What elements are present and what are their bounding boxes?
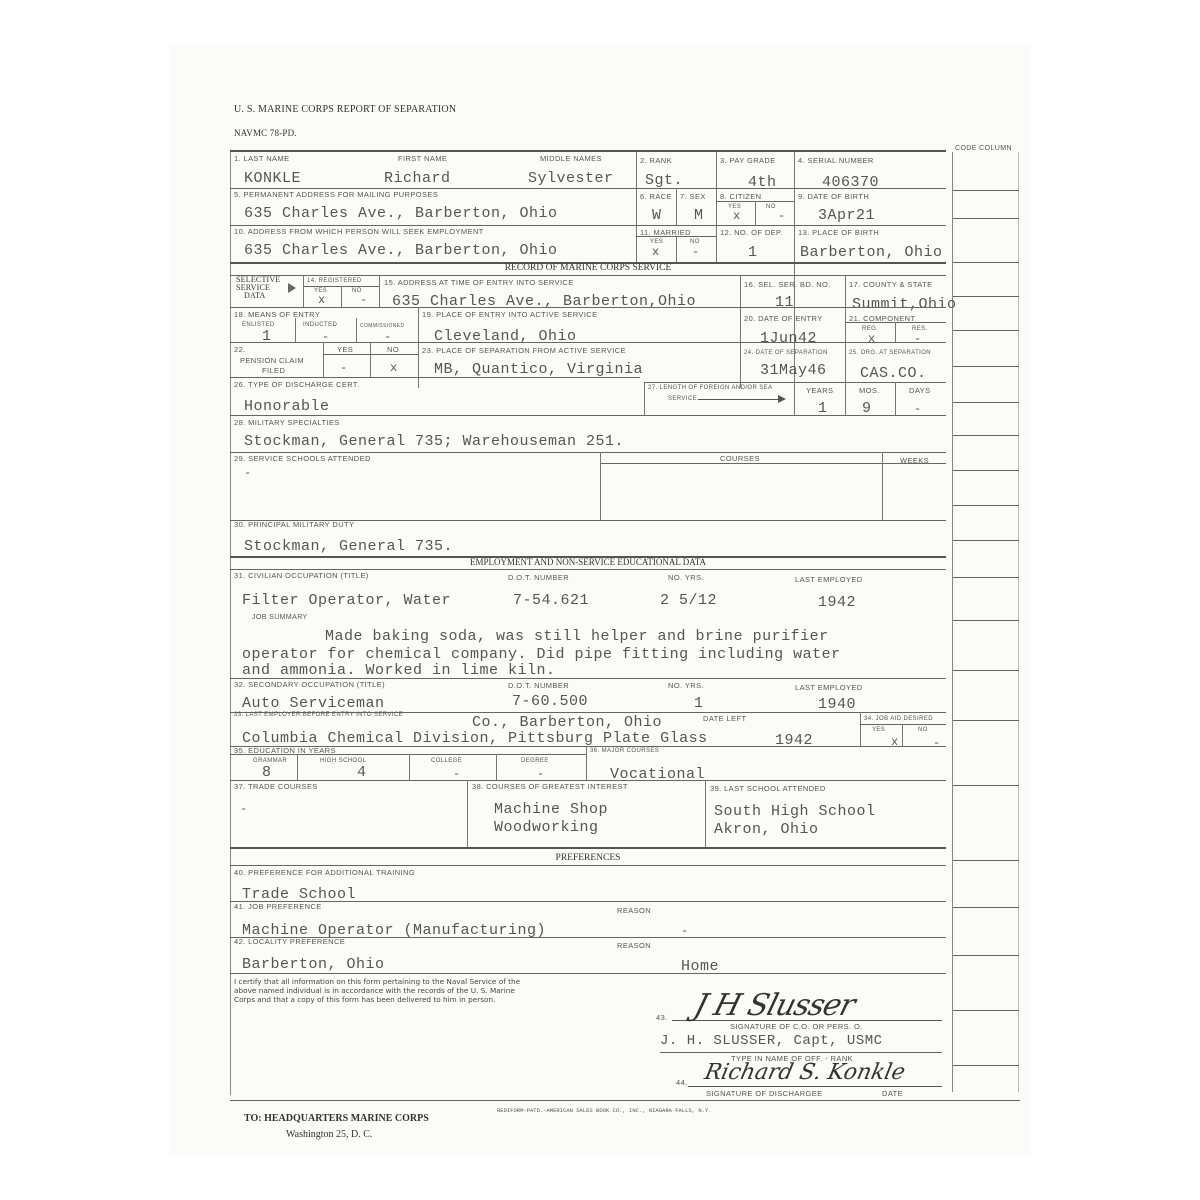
dob-value[interactable]: 3Apr21 [818,207,875,224]
first-name-value[interactable]: Richard [384,170,451,187]
interest-courses-line2[interactable]: Woodworking [494,819,599,836]
code-row-line [953,435,1019,436]
org-at-separation-value[interactable]: CAS.CO. [860,365,927,382]
row-rule [230,847,946,849]
col-divider [716,152,717,262]
col-divider [496,754,497,780]
place-of-entry-label: 19. PLACE OF ENTRY INTO ACTIVE SERVICE [422,310,598,319]
secondary-last-employed-value[interactable]: 1940 [818,696,856,713]
arrow-right-icon [288,283,296,293]
officer-typed-name[interactable]: J. H. SLUSSER, Capt, USMC [660,1033,883,1049]
col-divider [882,452,883,520]
row-rule [230,901,946,902]
code-row-line [953,505,1019,506]
col-divider [467,780,468,847]
job-aid-no-checkbox[interactable]: - [933,736,941,750]
org-at-separation-label: 25. ORG. AT SEPARATION [849,350,931,356]
col-divider [341,286,342,307]
row-rule [644,382,946,383]
col-divider [295,318,296,342]
col-divider [705,780,706,847]
row-rule [230,746,946,747]
code-row-line [953,955,1019,956]
trade-courses-label: 37. TRADE COURSES [234,782,318,791]
citizen-no-checkbox[interactable]: - [778,209,786,223]
col-divider [644,382,645,415]
col-divider [845,382,846,415]
signature-line [660,1052,942,1053]
degree-label: DEGREE [521,758,549,764]
serial-number-label: 4. SERIAL NUMBER [798,156,874,165]
schools-value[interactable]: - [244,466,252,480]
form-left-border [230,150,231,1095]
code-column-right [1018,152,1019,1092]
days-value[interactable]: - [914,402,922,416]
inducted-label: INDUCTED [303,322,337,328]
dependents-value[interactable]: 1 [748,244,758,261]
code-row-line [953,262,1019,263]
days-label: DAYS [909,386,930,395]
code-row-line [953,402,1019,403]
code-row-line [953,785,1019,786]
grammar-value[interactable]: 8 [262,764,272,781]
pension-yes-checkbox[interactable]: - [340,361,348,375]
pension-label-line1: PENSION CLAIM [240,356,304,365]
code-row-line [953,720,1019,721]
date-of-separation-value[interactable]: 31May46 [760,362,827,379]
row-rule [230,188,946,189]
secondary-occ-label: 32. SECONDARY OCCUPATION (TITLE) [234,680,385,689]
code-row-line [953,907,1019,908]
discharge-cert-label: 26. TYPE OF DISCHARGE CERT. [234,380,360,389]
registered-yes-checkbox[interactable]: x [318,293,326,307]
row-rule [230,415,946,416]
code-row-line [953,670,1019,671]
training-label: 40. PREFERENCE FOR ADDITIONAL TRAINING [234,868,415,877]
printer-imprint: REDIFORM-PATD.-AMERICAN SALES BOOK CO., … [497,1107,712,1114]
code-row-line [953,620,1019,621]
code-row-line [953,860,1019,861]
job-summary-line1[interactable]: Made baking soda, was still helper and b… [325,628,829,645]
col-divider [902,724,903,746]
pension-no-label: NO [387,345,399,354]
pension-number-label: 22. [234,345,246,354]
citizen-yes-checkbox[interactable]: x [733,209,741,223]
dob-label: 9. DATE OF BIRTH [798,192,869,201]
secondary-last-employed-label: LAST EMPLOYED [795,683,863,692]
place-of-separation-value[interactable]: MB, Quantico, Virginia [434,361,643,378]
form-top-rule [230,150,946,152]
col-divider [297,754,298,780]
last-employer-line2[interactable]: Columbia Chemical Division, Pittsburg Pl… [242,730,708,747]
race-label: 6. RACE [640,192,672,201]
footer-to-line1: TO: HEADQUARTERS MARINE CORPS [244,1113,429,1124]
code-row-line [953,470,1019,471]
civilian-occ-value[interactable]: Filter Operator, Water [242,592,451,609]
county-state-label: 17. COUNTY & STATE [849,280,932,289]
birthplace-value[interactable]: Barberton, Ohio [800,244,943,261]
job-reason-value[interactable]: - [681,924,689,938]
registered-no-checkbox[interactable]: - [360,293,368,307]
col-divider [895,382,896,415]
major-courses-label: 36. MAJOR COURSES [590,748,659,754]
job-aid-no-label: NO [918,727,928,733]
code-row-line [953,1010,1019,1011]
row-rule [230,569,946,570]
secondary-occ-value[interactable]: Auto Serviceman [242,695,385,712]
form-number: NAVMC 78-PD. [234,128,297,138]
months-label: MOS. [859,386,880,395]
permanent-address-value[interactable]: 635 Charles Ave., Barberton, Ohio [244,205,558,222]
officer-signature-number: 43. [656,1013,668,1022]
citizen-no-label: NO [766,204,776,210]
sel-ser-bd-label: 16. SEL. SER. BD. NO. [744,280,831,289]
col-divider [323,342,324,377]
schools-label: 29. SERVICE SCHOOLS ATTENDED [234,454,371,463]
pension-yes-label: YES [337,345,353,354]
locality-value[interactable]: Barberton, Ohio [242,956,385,973]
code-row-line [953,577,1019,578]
employment-address-label: 10. ADDRESS FROM WHICH PERSON WILL SEEK … [234,227,484,236]
col-divider [370,342,371,377]
secondary-dot-value[interactable]: 7-60.500 [512,693,588,710]
race-value[interactable]: W [652,207,662,224]
col-divider [356,318,357,342]
date-of-separation-label: 24. DATE OF SEPARATION [744,350,828,356]
interest-courses-line1[interactable]: Machine Shop [494,801,608,818]
col-divider [794,382,795,415]
job-reason-label: REASON [617,906,651,915]
job-pref-label: 41. JOB PREFERENCE [234,902,322,911]
code-column-label: CODE COLUMN [955,145,1012,152]
form-bottom-rule [230,1100,1020,1101]
pension-label-line2: FILED [262,366,285,375]
last-name-label: 1. LAST NAME [234,154,290,163]
component-res-checkbox[interactable]: - [914,332,922,346]
rank-label: 2. RANK [640,156,672,165]
col-divider [676,188,677,226]
col-divider [845,275,846,388]
specialties-label: 28. MILITARY SPECIALTIES [234,418,340,427]
row-rule [230,780,946,781]
code-row-line [953,1065,1019,1066]
locality-reason-label: REASON [617,941,651,950]
commissioned-label: COMMISSIONED [360,323,405,329]
first-name-label: FIRST NAME [398,154,447,163]
code-row-line [953,330,1019,331]
code-row-line [953,366,1019,367]
locality-label: 42. LOCALITY PREFERENCE [234,937,345,946]
years-label: YEARS [806,386,833,395]
discharge-cert-value[interactable]: Honorable [244,398,330,415]
secondary-yrs-value[interactable]: 1 [694,695,704,712]
col-divider [676,236,677,262]
cell-rule [860,724,946,725]
yrs-label: NO. YRS. [668,573,704,582]
row-rule [230,865,946,866]
arrow-line [698,399,780,400]
high-school-value[interactable]: 4 [357,764,367,781]
courses-label: COURSES [720,454,760,463]
col-divider [418,307,419,388]
row-rule [230,307,946,308]
secondary-dot-label: D.O.T. NUMBER [508,681,569,690]
component-reg-checkbox[interactable]: x [868,332,876,346]
married-yes-checkbox[interactable]: x [652,245,660,259]
date-label: DATE [882,1089,903,1098]
dot-label: D.O.T. NUMBER [508,573,569,582]
middle-names-label: MIDDLE NAMES [540,154,602,163]
last-school-line2[interactable]: Akron, Ohio [714,821,819,838]
civilian-occ-label: 31. CIVILIAN OCCUPATION (TITLE) [234,571,369,580]
code-row-line [953,296,1019,297]
means-of-entry-label: 18. MEANS OF ENTRY [234,310,320,319]
discharge-signature-label: SIGNATURE OF DISCHARGEE [706,1089,823,1098]
birthplace-label: 13. PLACE OF BIRTH [798,228,879,237]
last-employer-line1[interactable]: Co., Barberton, Ohio [472,714,662,731]
foreign-service-label: 27. LENGTH OF FOREIGN AND/OR SEA [648,385,773,391]
yrs-value[interactable]: 2 5/12 [660,592,717,609]
job-summary-label: JOB SUMMARY [252,614,308,621]
code-row-line [953,540,1019,541]
last-school-line1[interactable]: South High School [714,803,876,820]
col-divider [636,152,637,262]
job-summary-line3[interactable]: and ammonia. Worked in lime kiln. [242,662,556,679]
cell-rule [600,463,946,464]
citizen-label: 8. CITIZEN [720,192,762,201]
col-divider [895,322,896,342]
sex-value[interactable]: M [694,207,704,224]
row-rule [230,377,640,378]
row-rule [230,973,946,974]
officer-signature[interactable]: J H Slusser [690,988,858,1023]
discharge-signature-number: 44. [676,1078,688,1087]
selective-service-label: SELECTIVE SERVICE DATA [236,276,280,300]
col-divider [860,712,861,746]
col-divider [755,201,756,225]
principal-duty-label: 30. PRINCIPAL MILITARY DUTY [234,520,354,529]
code-row-line [953,218,1019,219]
married-no-checkbox[interactable]: - [692,245,700,259]
degree-value[interactable]: - [537,767,545,781]
county-state-value[interactable]: Summit,Ohio [852,296,957,313]
section-title-preferences: PREFERENCES [230,853,946,863]
cell-rule [323,354,418,355]
place-of-separation-label: 23. PLACE OF SEPARATION FROM ACTIVE SERV… [422,346,626,355]
selective-service-line3: DATA [236,292,280,300]
signature-line [688,1086,942,1087]
code-column-border [952,152,953,1092]
officer-signature-label: SIGNATURE OF C.O. OR PERS. O. [730,1022,863,1031]
permanent-address-label: 5. PERMANENT ADDRESS FOR MAILING PURPOSE… [234,190,438,199]
date-left-label: DATE LEFT [703,714,746,723]
college-value[interactable]: - [453,767,461,781]
row-rule [230,452,946,453]
pension-no-checkbox[interactable]: x [390,361,398,375]
sex-label: 7. SEX [680,192,706,201]
dependents-label: 12. NO. OF DEP. [720,228,783,237]
row-rule [230,678,946,679]
cell-rule [230,754,586,755]
col-divider [379,275,380,307]
last-employed-label: LAST EMPLOYED [795,575,863,584]
section-title-service: RECORD OF MARINE CORPS SERVICE [230,263,946,273]
college-label: COLLEGE [431,758,462,764]
row-rule [230,342,946,343]
row-rule [230,275,946,276]
entry-address-label: 15. ADDRESS AT TIME OF ENTRY INTO SERVIC… [384,278,574,287]
middle-names-value[interactable]: Sylvester [528,170,614,187]
col-divider [600,452,601,520]
row-rule [230,225,946,226]
arrow-right-icon [778,395,786,403]
employment-address-value[interactable]: 635 Charles Ave., Barberton, Ohio [244,242,558,259]
last-name-value[interactable]: KONKLE [244,170,301,187]
last-school-label: 39. LAST SCHOOL ATTENDED [710,784,826,793]
rank-value[interactable]: Sgt. [645,172,683,189]
discharge-signature[interactable]: Richard S. Konkle [702,1060,907,1085]
code-row-line [953,190,1019,191]
col-divider [586,746,587,780]
date-of-entry-label: 20. DATE OF ENTRY [744,314,823,323]
col-divider [409,754,410,780]
section-title-employment: EMPLOYMENT AND NON-SERVICE EDUCATIONAL D… [230,557,946,567]
interest-courses-label: 38. COURSES OF GREATEST INTEREST [472,782,628,791]
col-divider [303,275,304,307]
last-employed-value[interactable]: 1942 [818,594,856,611]
col-divider [740,275,741,388]
foreign-service-label-line2: SERVICE [668,396,697,402]
secondary-yrs-label: NO. YRS. [668,681,704,690]
date-of-entry-value[interactable]: 1Jun42 [760,330,817,347]
pay-grade-label: 3. PAY GRADE [720,156,776,165]
sel-ser-bd-value[interactable]: 11 [775,294,794,311]
dot-value[interactable]: 7-54.621 [513,592,589,609]
certification-text: I certify that all information on this f… [234,977,534,1004]
job-summary-line2[interactable]: operator for chemical company. Did pipe … [242,646,841,663]
specialties-value[interactable]: Stockman, General 735; Warehouseman 251. [244,433,624,450]
principal-duty-value[interactable]: Stockman, General 735. [244,538,453,555]
trade-courses-value[interactable]: - [240,802,248,816]
job-aid-yes-label: YES [872,727,885,733]
last-employer-label: 33. LAST EMPLOYER BEFORE ENTRY INTO SERV… [234,712,403,718]
form-title: U. S. MARINE CORPS REPORT OF SEPARATION [234,104,456,115]
footer-to-line2: Washington 25, D. C. [286,1129,372,1140]
registered-label: 14. REGISTERED [307,278,362,284]
job-aid-label: 34. JOB AID DESIRED [864,716,933,722]
